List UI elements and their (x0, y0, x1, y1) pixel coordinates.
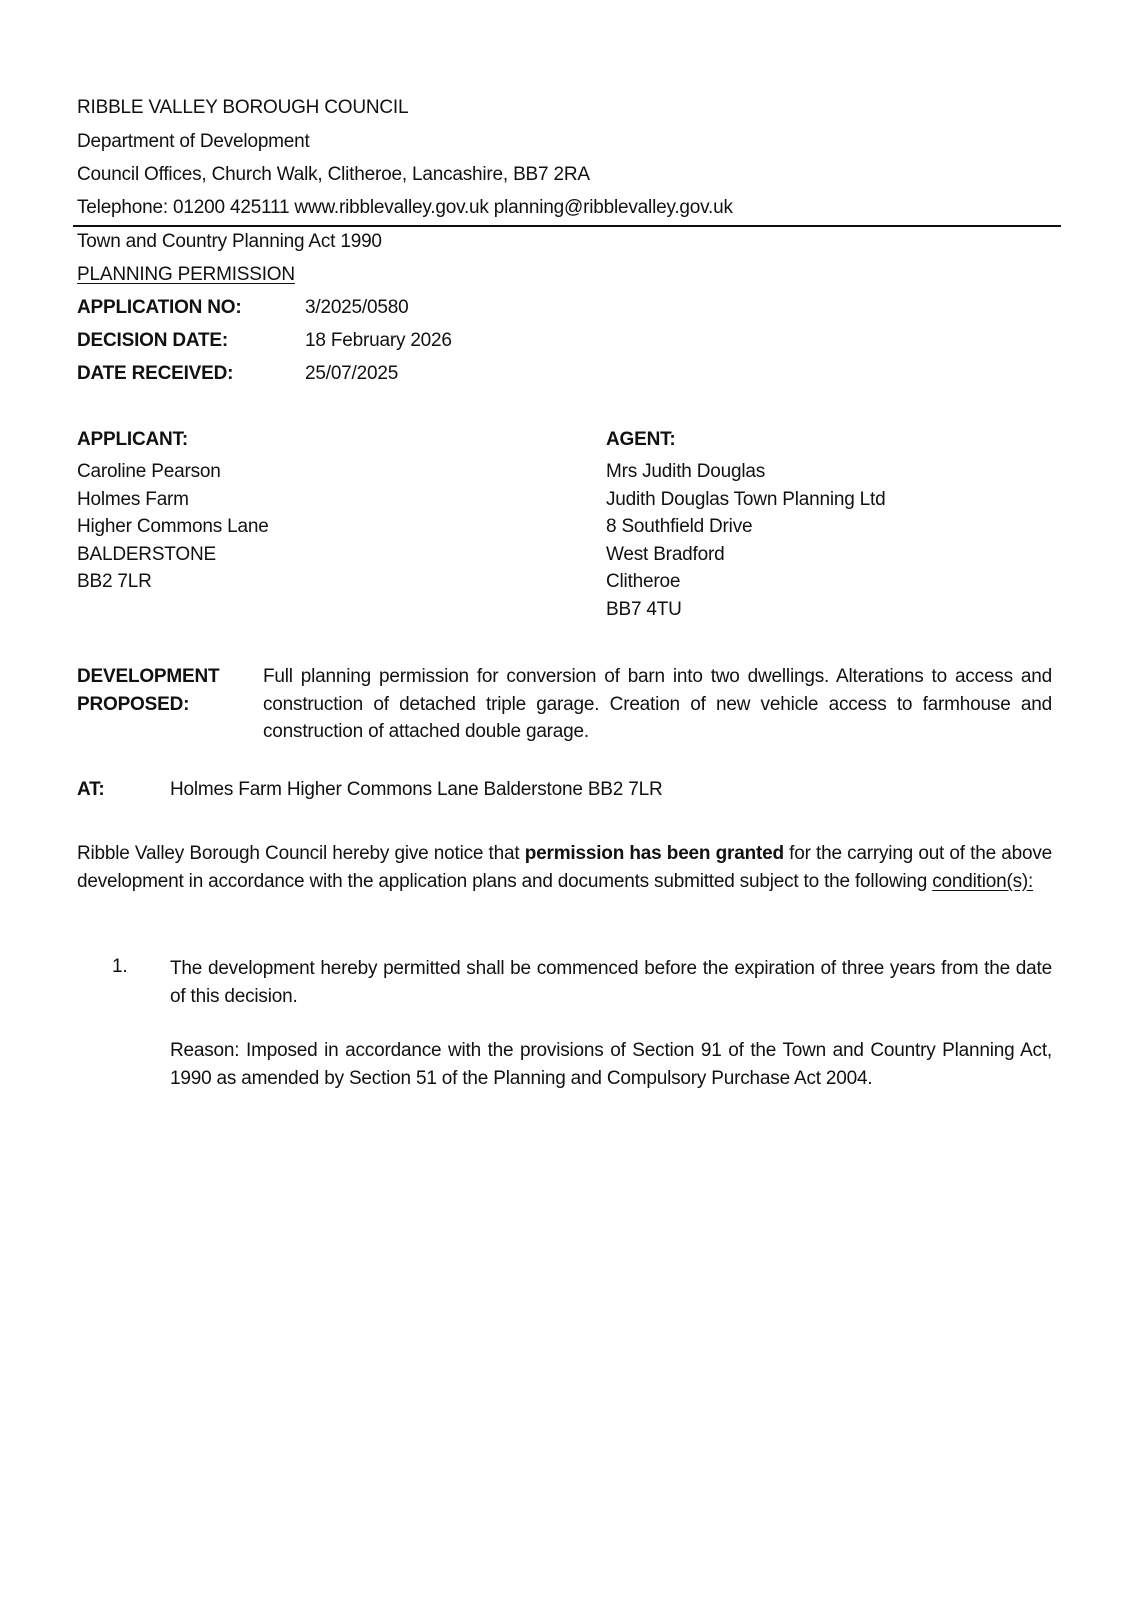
notice-prefix: Ribble Valley Borough Council hereby giv… (77, 843, 525, 864)
notice-emphasis: permission has been granted (525, 843, 784, 864)
agent-address-line: 8 Southfield Drive (606, 513, 886, 541)
agent-name: Mrs Judith Douglas (606, 458, 886, 486)
development-proposed-label: DEVELOPMENT PROPOSED: (77, 663, 219, 718)
agent-block: AGENT: Mrs Judith Douglas Judith Douglas… (606, 428, 886, 623)
applicant-address-line: Holmes Farm (77, 486, 269, 514)
development-label-line1: DEVELOPMENT (77, 663, 219, 691)
decision-date-label: DECISION DATE: (77, 329, 228, 353)
application-no-value: 3/2025/0580 (305, 296, 408, 320)
applicant-name: Caroline Pearson (77, 458, 269, 486)
applicant-address-line: BALDERSTONE (77, 541, 269, 569)
conditions-reference: condition(s): (932, 871, 1033, 892)
development-description: Full planning permission for conversion … (263, 663, 1052, 746)
department-name: Department of Development (77, 130, 310, 154)
applicant-block: APPLICANT: Caroline Pearson Holmes Farm … (77, 428, 269, 596)
application-no-label: APPLICATION NO: (77, 296, 241, 320)
agent-address-line: West Bradford (606, 541, 886, 569)
site-address: Holmes Farm Higher Commons Lane Balderst… (170, 778, 662, 802)
agent-postcode: BB7 4TU (606, 596, 886, 624)
agent-heading: AGENT: (606, 428, 886, 452)
decision-date-value: 18 February 2026 (305, 329, 452, 353)
applicant-address-line: Higher Commons Lane (77, 513, 269, 541)
site-label: AT: (77, 778, 105, 802)
agent-address-line: Clitheroe (606, 568, 886, 596)
council-address: Council Offices, Church Walk, Clitheroe,… (77, 163, 590, 187)
agent-company: Judith Douglas Town Planning Ltd (606, 486, 886, 514)
planning-permission-page: RIBBLE VALLEY BOROUGH COUNCIL Department… (0, 0, 1131, 1600)
development-label-line2: PROPOSED: (77, 691, 219, 719)
condition-number: 1. (112, 955, 127, 979)
legislation-title: Town and Country Planning Act 1990 (77, 230, 382, 254)
applicant-heading: APPLICANT: (77, 428, 269, 452)
date-received-value: 25/07/2025 (305, 362, 398, 386)
document-type: PLANNING PERMISSION (77, 263, 295, 287)
condition-reason: Reason: Imposed in accordance with the p… (170, 1037, 1052, 1092)
council-name: RIBBLE VALLEY BOROUGH COUNCIL (77, 96, 408, 120)
condition-text: The development hereby permitted shall b… (170, 955, 1052, 1010)
applicant-postcode: BB2 7LR (77, 568, 269, 596)
contact-details: Telephone: 01200 425111 www.ribblevalley… (77, 196, 733, 220)
decision-notice: Ribble Valley Borough Council hereby giv… (77, 840, 1052, 895)
date-received-label: DATE RECEIVED: (77, 362, 233, 386)
header-divider (73, 225, 1061, 227)
